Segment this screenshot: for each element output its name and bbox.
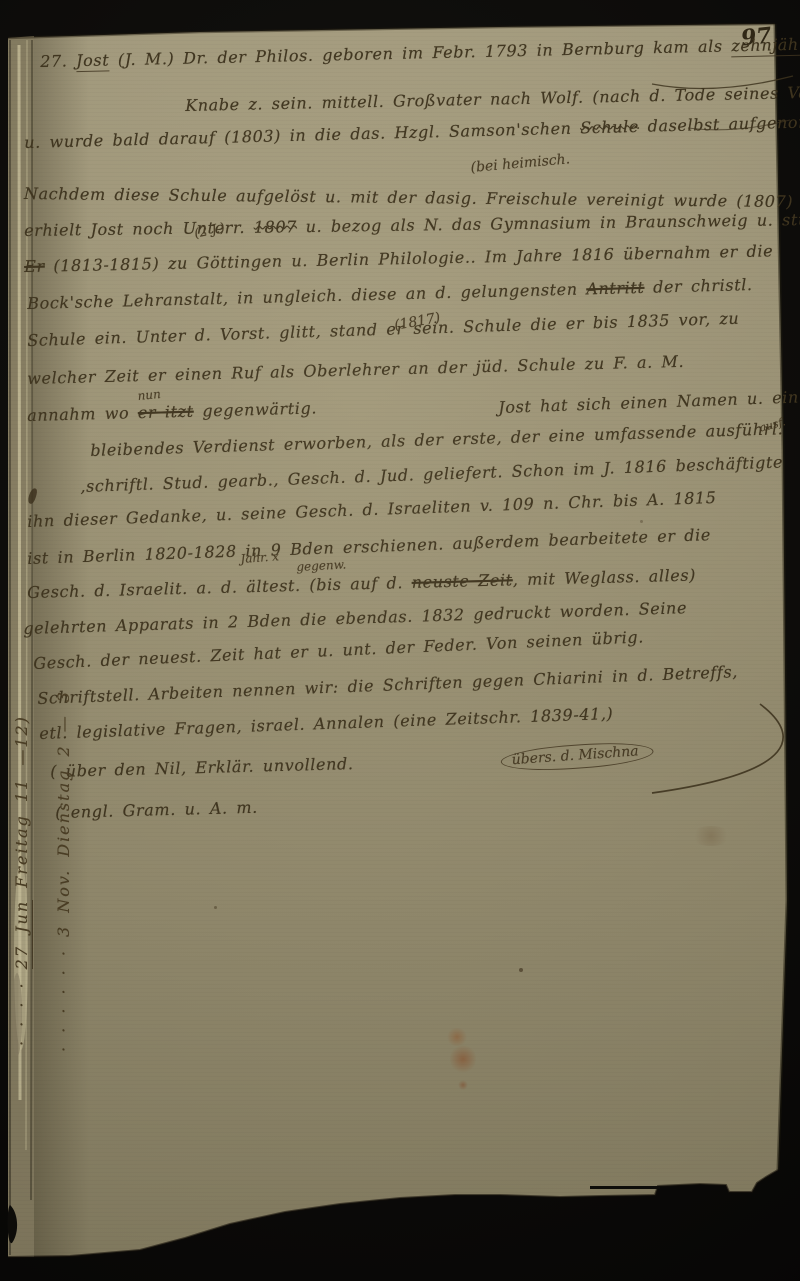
gutter-shadow (34, 36, 89, 1257)
struck-text: er itzt (138, 402, 194, 422)
underlined-text: Jost (76, 50, 110, 72)
scribbled-out-text: Schule (580, 117, 639, 138)
inline-annotation: gegenw. (296, 557, 347, 574)
struck-text: Er (24, 257, 45, 276)
struck-text: neuste Zeit (411, 570, 512, 592)
line-text: der christl. (644, 275, 753, 297)
margin-note-date: · · · · · · 3 Nov. Dienstag 2 — 3 (54, 690, 73, 1052)
margin-note-text: · · · · · · 3 Nov. Dienstag 2 — 3 (54, 690, 73, 1052)
margin-note-text: · · · · (12, 969, 31, 1046)
scribbled-out-text: 1807 (254, 217, 297, 237)
margin-note-text: Freitag 11 —12) (12, 715, 31, 900)
margin-note-date: · · · · 27 Jun Freitag 11 —12) (12, 715, 31, 1046)
underlined-text: 27 Jun (12, 900, 33, 969)
line-text: 27. (40, 51, 76, 71)
manuscript-scan: 97 27. Jost (J. M.) Dr. der Philos. gebo… (0, 0, 800, 1281)
inline-annotation: nun (137, 387, 161, 403)
inline-annotation: Jahr. x (240, 549, 279, 566)
line-text: annahm wo (27, 403, 138, 425)
line-text: gegenwärtig. (193, 398, 317, 420)
underlined-text: zehnjähriger (731, 34, 800, 58)
struck-text: Antritt (586, 278, 645, 299)
torn-sliver (590, 1186, 660, 1189)
